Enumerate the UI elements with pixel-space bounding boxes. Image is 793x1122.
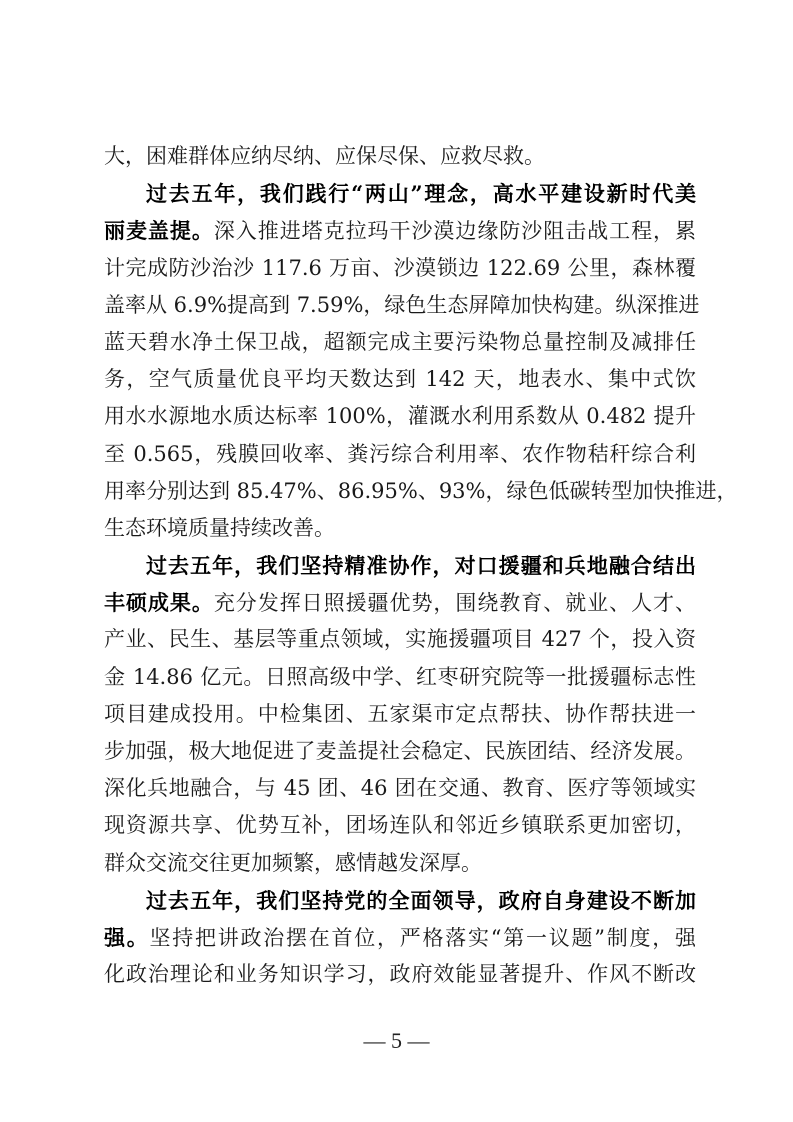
body-text: 化政治理论和业务知识学习，政府效能显著提升、作风不断改	[104, 962, 696, 986]
document-body: 大，困难群体应纳尽纳、应保尽保、应救尽救。过去五年，我们践行“两山”理念，高水平…	[104, 138, 696, 993]
bold-heading-text: 过去五年，我们践行“两山”理念，高水平建设新时代美	[146, 181, 696, 206]
body-text: 金 14.86 亿元。日照高级中学、红枣研究院等一批援疆标志性	[104, 665, 696, 689]
body-text: 至 0.565，残膜回收率、粪污综合利用率、农作物秸秆综合利	[104, 442, 696, 466]
body-text: 用率分别达到 85.47%、86.95%、93%，绿色低碳转型加快推进，	[104, 479, 738, 503]
body-text: 计完成防沙治沙 117.6 万亩、沙漠锁边 122.69 公里，森林覆	[104, 256, 696, 280]
body-text: 盖率从 6.9%提高到 7.59%，绿色生态屏障加快构建。纵深推进	[104, 293, 699, 317]
text-line: 丰硕成果。充分发挥日照援疆优势，围绕教育、就业、人才、	[104, 584, 696, 621]
bold-heading-text: 过去五年，我们坚持党的全面领导，政府自身建设不断加	[146, 888, 696, 913]
text-line: 计完成防沙治沙 117.6 万亩、沙漠锁边 122.69 公里，森林覆	[104, 250, 696, 287]
text-line: 过去五年，我们践行“两山”理念，高水平建设新时代美	[104, 175, 696, 212]
body-text: 产业、民生、基层等重点领域，实施援疆项目 427 个，投入资	[104, 627, 696, 651]
page-number: — 5 —	[0, 1028, 793, 1054]
text-line: 项目建成投用。中检集团、五家渠市定点帮扶、协作帮扶进一	[104, 696, 696, 733]
body-text: 生态环境质量持续改善。	[104, 516, 335, 540]
bold-heading-text: 过去五年，我们坚持精准协作，对口援疆和兵地融合结出	[146, 553, 696, 578]
text-line: 化政治理论和业务知识学习，政府效能显著提升、作风不断改	[104, 956, 696, 993]
body-text: 大，困难群体应纳尽纳、应保尽保、应救尽救。	[104, 144, 545, 168]
body-text: 务，空气质量优良平均天数达到 142 天，地表水、集中式饮	[104, 367, 696, 391]
text-line: 丽麦盖提。深入推进塔克拉玛干沙漠边缘防沙阻击战工程，累	[104, 212, 696, 249]
body-text: 步加强，极大地促进了麦盖提社会稳定、民族团结、经济发展。	[104, 739, 696, 763]
text-line: 强。坚持把讲政治摆在首位，严格落实“第一议题”制度，强	[104, 919, 696, 956]
text-line: 深化兵地融合，与 45 团、46 团在交通、教育、医疗等领域实	[104, 770, 696, 807]
text-line: 现资源共享、优势互补，团场连队和邻近乡镇联系更加密切，	[104, 807, 696, 844]
body-text: 深入推进塔克拉玛干沙漠边缘防沙阻击战工程，累	[214, 219, 696, 243]
body-text: 群众交流交往更加频繁，感情越发深厚。	[104, 851, 482, 875]
text-line: 产业、民生、基层等重点领域，实施援疆项目 427 个，投入资	[104, 621, 696, 658]
text-line: 用水水源地水质达标率 100%，灌溉水利用系数从 0.482 提升	[104, 398, 696, 435]
text-line: 蓝天碧水净土保卫战，超额完成主要污染物总量控制及减排任	[104, 324, 696, 361]
text-line: 过去五年，我们坚持党的全面领导，政府自身建设不断加	[104, 882, 696, 919]
text-line: 过去五年，我们坚持精准协作，对口援疆和兵地融合结出	[104, 547, 696, 584]
body-text: 项目建成投用。中检集团、五家渠市定点帮扶、协作帮扶进一	[104, 702, 696, 726]
bold-heading-text: 丽麦盖提。	[104, 218, 214, 243]
body-text: 现资源共享、优势互补，团场连队和邻近乡镇联系更加密切，	[104, 813, 696, 837]
text-line: 群众交流交往更加频繁，感情越发深厚。	[104, 845, 696, 882]
bold-heading-text: 丰硕成果。	[104, 590, 214, 615]
bold-heading-text: 强。	[104, 925, 150, 950]
text-line: 生态环境质量持续改善。	[104, 510, 696, 547]
text-line: 至 0.565，残膜回收率、粪污综合利用率、农作物秸秆综合利	[104, 436, 696, 473]
body-text: 充分发挥日照援疆优势，围绕教育、就业、人才、	[214, 591, 696, 615]
text-line: 务，空气质量优良平均天数达到 142 天，地表水、集中式饮	[104, 361, 696, 398]
text-line: 盖率从 6.9%提高到 7.59%，绿色生态屏障加快构建。纵深推进	[104, 287, 696, 324]
text-line: 金 14.86 亿元。日照高级中学、红枣研究院等一批援疆标志性	[104, 659, 696, 696]
body-text: 蓝天碧水净土保卫战，超额完成主要污染物总量控制及减排任	[104, 330, 696, 354]
text-line: 用率分别达到 85.47%、86.95%、93%，绿色低碳转型加快推进，	[104, 473, 696, 510]
body-text: 深化兵地融合，与 45 团、46 团在交通、教育、医疗等领域实	[104, 776, 696, 800]
text-line: 步加强，极大地促进了麦盖提社会稳定、民族团结、经济发展。	[104, 733, 696, 770]
body-text: 用水水源地水质达标率 100%，灌溉水利用系数从 0.482 提升	[104, 404, 696, 428]
text-line: 大，困难群体应纳尽纳、应保尽保、应救尽救。	[104, 138, 696, 175]
body-text: 坚持把讲政治摆在首位，严格落实“第一议题”制度，强	[150, 926, 696, 950]
